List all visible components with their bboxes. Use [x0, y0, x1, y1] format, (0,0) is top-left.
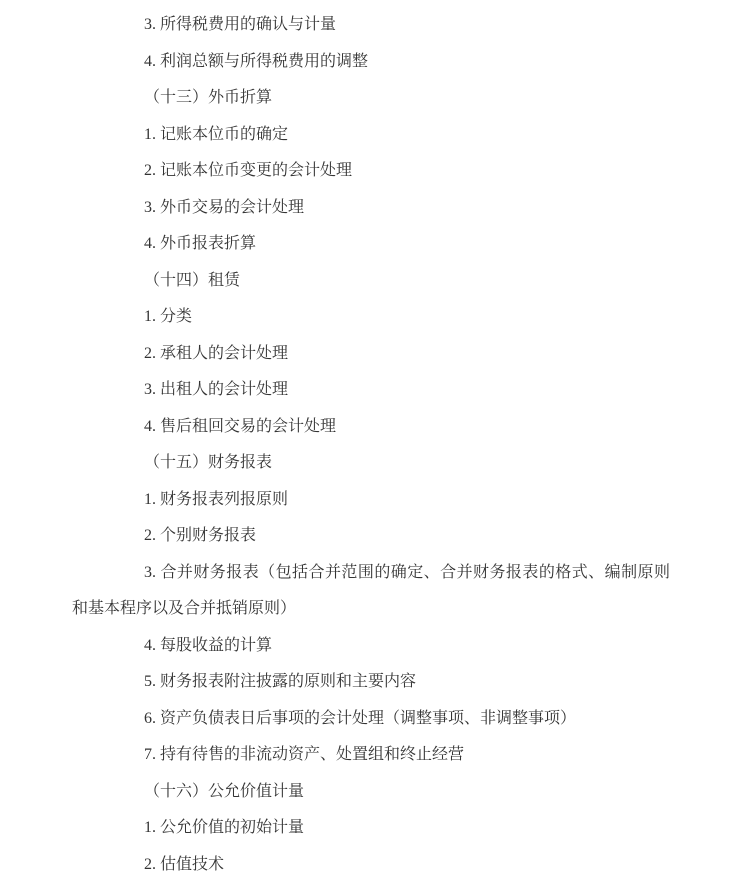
- outline-item: 1. 财务报表列报原则: [72, 482, 670, 519]
- section-heading: （十三）外币折算: [72, 80, 670, 117]
- outline-item: 3. 合并财务报表（包括合并范围的确定、合并财务报表的格式、编制原则和基本程序以…: [72, 555, 670, 628]
- outline-item: 2. 估值技术: [72, 847, 670, 879]
- outline-item: 1. 记账本位币的确定: [72, 117, 670, 154]
- section-heading: （十五）财务报表: [72, 445, 670, 482]
- outline-item: 3. 外币交易的会计处理: [72, 190, 670, 227]
- outline-item: 1. 公允价值的初始计量: [72, 810, 670, 847]
- outline-item: 4. 每股收益的计算: [72, 628, 670, 665]
- section-heading: （十四）租赁: [72, 263, 670, 300]
- outline-item: 2. 个别财务报表: [72, 518, 670, 555]
- outline-item: 2. 承租人的会计处理: [72, 336, 670, 373]
- outline-item: 3. 所得税费用的确认与计量: [72, 7, 670, 44]
- outline-item: 1. 分类: [72, 299, 670, 336]
- document-page: 3. 所得税费用的确认与计量 4. 利润总额与所得税费用的调整 （十三）外币折算…: [0, 0, 742, 879]
- outline-item: 4. 利润总额与所得税费用的调整: [72, 44, 670, 81]
- section-heading: （十六）公允价值计量: [72, 774, 670, 811]
- outline-item: 6. 资产负债表日后事项的会计处理（调整事项、非调整事项）: [72, 701, 670, 738]
- outline-item: 3. 出租人的会计处理: [72, 372, 670, 409]
- outline-item: 7. 持有待售的非流动资产、处置组和终止经营: [72, 737, 670, 774]
- outline-item: 4. 售后租回交易的会计处理: [72, 409, 670, 446]
- outline-item: 2. 记账本位币变更的会计处理: [72, 153, 670, 190]
- outline-item: 5. 财务报表附注披露的原则和主要内容: [72, 664, 670, 701]
- outline-item: 4. 外币报表折算: [72, 226, 670, 263]
